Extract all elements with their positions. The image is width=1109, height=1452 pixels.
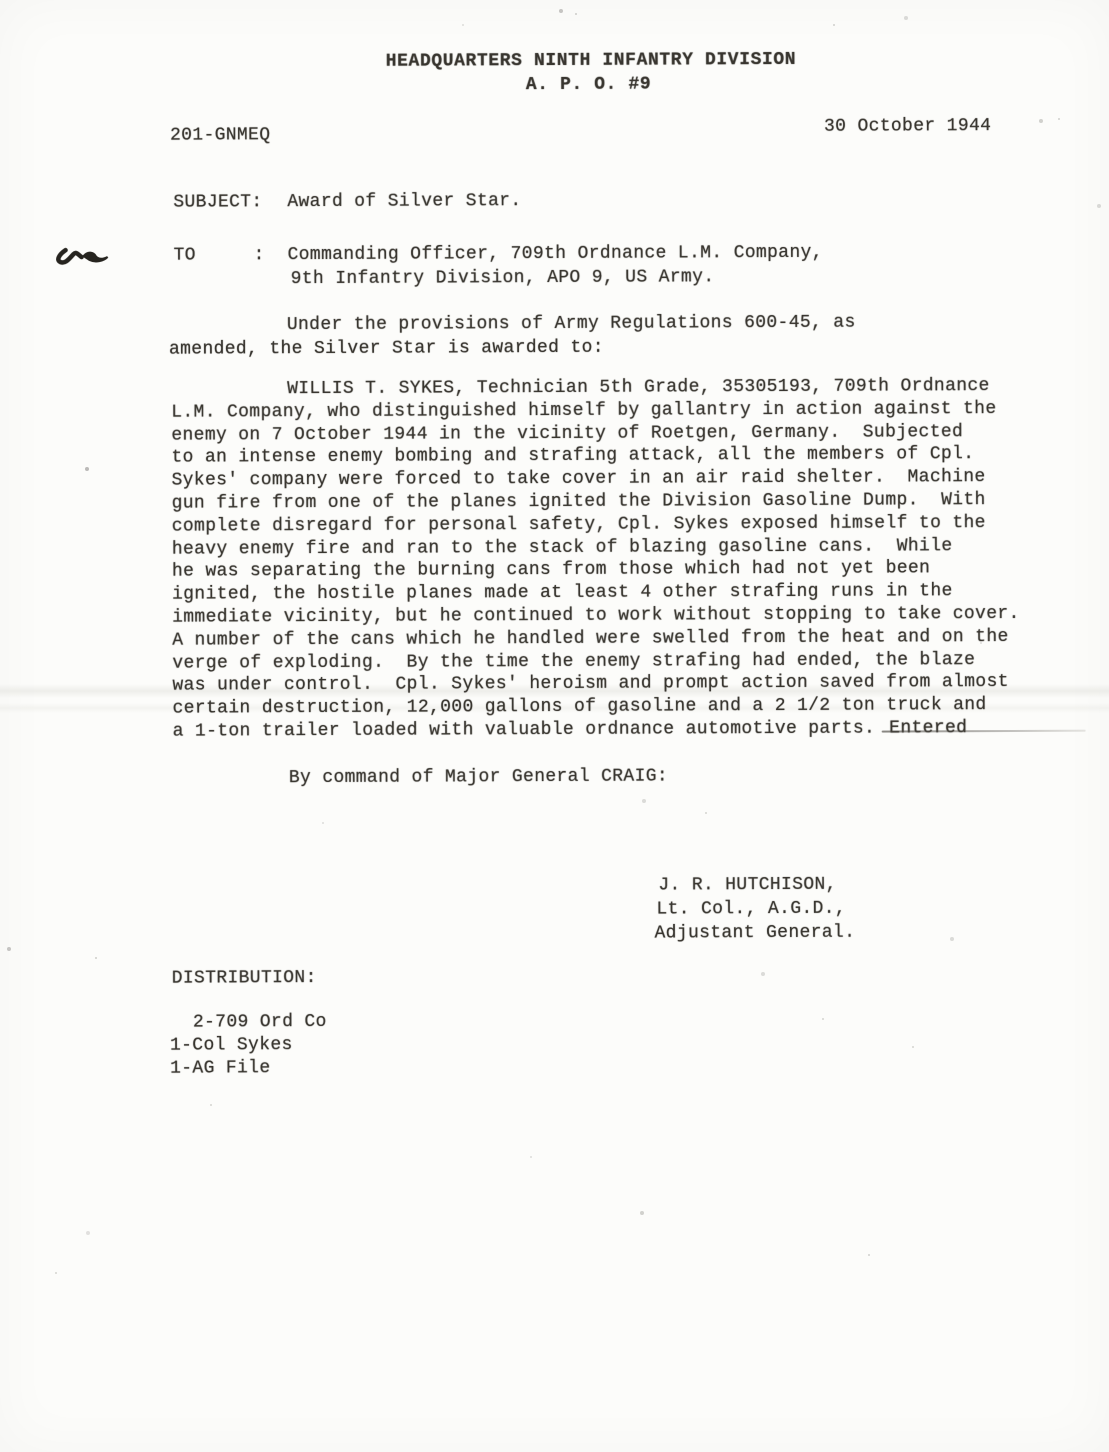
- to-colon: :: [254, 244, 265, 266]
- entered-annotation: Entered: [889, 718, 967, 738]
- citation-line-text: a 1-ton trailer loaded with valuable ord…: [173, 719, 876, 742]
- file-reference: 201-GNMEQ: [170, 124, 270, 146]
- citation-line: WILLIS T. SYKES, Technician 5th Grade, 3…: [287, 375, 990, 400]
- to-label: TO: [174, 245, 196, 267]
- distribution-heading: DISTRIBUTION:: [172, 967, 317, 990]
- signature-title: Adjustant General.: [654, 922, 855, 945]
- citation-line: immediate vicinity, but he continued to …: [172, 603, 1020, 629]
- distribution-item: 1-AG File: [170, 1057, 270, 1079]
- to-line: 9th Infantry Division, APO 9, US Army.: [291, 266, 715, 290]
- citation-line: ignited, the hostile planes made at leas…: [172, 580, 953, 605]
- letterhead-line1: HEADQUARTERS NINTH INFANTRY DIVISION: [386, 49, 797, 73]
- citation-line: complete disregard for personal safety, …: [172, 512, 986, 538]
- to-line: Commanding Officer, 709th Ordnance L.M. …: [288, 242, 823, 266]
- citation-line: gun fire from one of the planes ignited …: [172, 489, 986, 515]
- citation-line: certain destruction, 12,000 gallons of g…: [173, 694, 987, 720]
- command-line: By command of Major General CRAIG:: [289, 766, 668, 790]
- citation-line: L.M. Company, who distinguished himself …: [171, 398, 996, 424]
- citation-line: to an intense enemy bombing and strafing…: [171, 443, 974, 469]
- distribution-item: 2-709 Ord Co: [193, 1011, 327, 1034]
- opening-line: Under the provisions of Army Regulations…: [287, 312, 856, 336]
- date: 30 October 1944: [824, 115, 991, 138]
- handwritten-mark-icon: [52, 238, 122, 272]
- document-page: HEADQUARTERS NINTH INFANTRY DIVISION A. …: [0, 0, 1109, 1452]
- subject-value: Award of Silver Star.: [287, 190, 521, 213]
- letterhead-line2: A. P. O. #9: [526, 74, 652, 97]
- typed-letter: HEADQUARTERS NINTH INFANTRY DIVISION A. …: [0, 0, 1109, 1452]
- opening-line: amended, the Silver Star is awarded to:: [169, 337, 604, 361]
- citation-line: A number of the cans which he handled we…: [172, 626, 1008, 652]
- signature-rank: Lt. Col., A.G.D.,: [656, 898, 846, 921]
- citation-line: a 1-ton trailer loaded with valuable ord…: [173, 717, 968, 742]
- signature-name: J. R. HUTCHISON,: [658, 874, 837, 897]
- citation-line: he was separating the burning cans from …: [172, 557, 930, 582]
- subject-label: SUBJECT:: [173, 191, 262, 213]
- distribution-item: 1-Col Sykes: [170, 1034, 293, 1057]
- citation-line: was under control. Cpl. Sykes' heroism a…: [172, 671, 1008, 697]
- citation-line: Sykes' company were forced to take cover…: [172, 466, 986, 492]
